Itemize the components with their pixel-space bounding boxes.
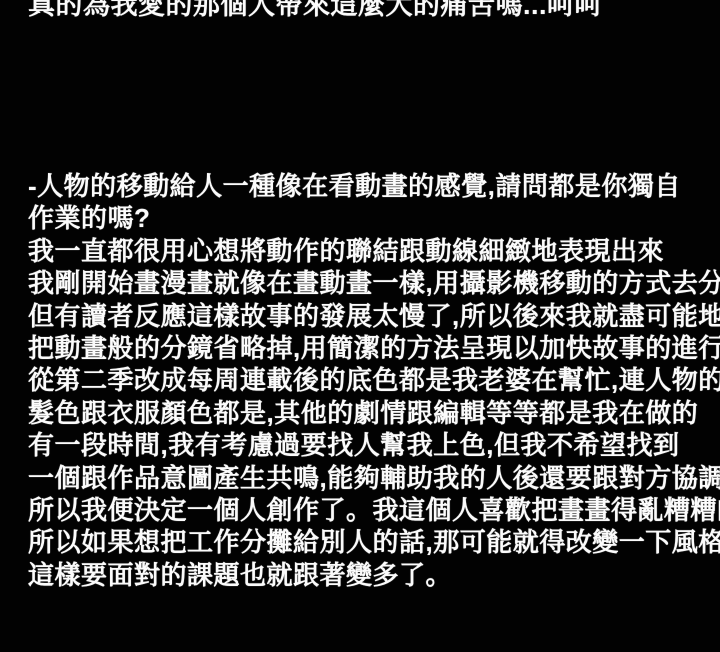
speech-line: 真的為我愛的那個人帶來這麼大的痛苦嗎...呵呵: [28, 0, 602, 20]
interview-answer: 我一直都很用心想將動作的聯結跟動線細緻地表現出來 我剛開始畫漫畫就像在畫動畫一樣…: [28, 235, 720, 591]
answer-line: 我一直都很用心想將動作的聯結跟動線細緻地表現出來: [28, 235, 720, 267]
answer-line: 髮色跟衣服顏色都是,其他的劇情跟編輯等等都是我在做的: [28, 397, 720, 429]
question-line: -人物的移動給人一種像在看動畫的感覺,請問都是你獨自: [28, 170, 720, 202]
answer-line: 有一段時間,我有考慮過要找人幫我上色,但我不希望找到: [28, 429, 720, 461]
answer-line: 所以如果想把工作分攤給別人的話,那可能就得改變一下風格: [28, 526, 720, 558]
answer-line: 一個跟作品意圖產生共鳴,能夠輔助我的人後還要跟對方協調,: [28, 462, 720, 494]
answer-line: 這樣要面對的課題也就跟著變多了。: [28, 559, 720, 591]
answer-line: 從第二季改成每周連載後的底色都是我老婆在幫忙,連人物的: [28, 364, 720, 396]
interview-text-block: -人物的移動給人一種像在看動畫的感覺,請問都是你獨自 作業的嗎? 我一直都很用心…: [28, 170, 720, 591]
question-line: 作業的嗎?: [28, 202, 720, 234]
answer-line: 我剛開始畫漫畫就像在畫動畫一樣,用攝影機移動的方式去分鏡,: [28, 267, 720, 299]
answer-line: 但有讀者反應這樣故事的發展太慢了,所以後來我就盡可能地: [28, 300, 720, 332]
answer-line: 把動畫般的分鏡省略掉,用簡潔的方法呈現以加快故事的進行: [28, 332, 720, 364]
webtoon-interview-page: 真的為我愛的那個人帶來這麼大的痛苦嗎...呵呵 -人物的移動給人一種像在看動畫的…: [0, 0, 720, 652]
interview-question: -人物的移動給人一種像在看動畫的感覺,請問都是你獨自 作業的嗎?: [28, 170, 720, 235]
answer-line: 所以我便決定一個人創作了。我這個人喜歡把畫畫得亂糟糟的,: [28, 494, 720, 526]
